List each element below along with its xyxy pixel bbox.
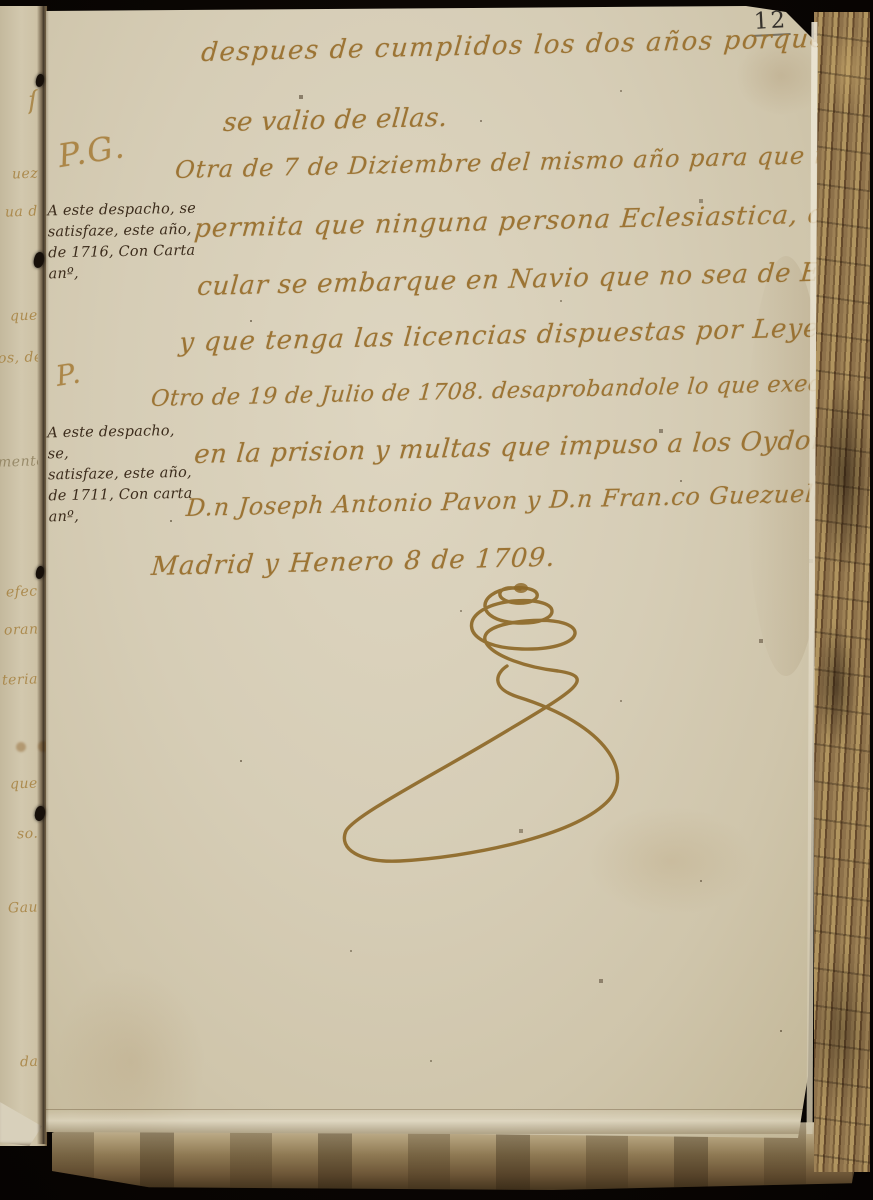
margin-note-line: satisfaze, este año, xyxy=(48,220,200,244)
edge-fragment: os, de xyxy=(0,349,38,366)
margin-note-line: anº, xyxy=(49,505,201,529)
manuscript-line: cular se embarque en Navio que no sea de… xyxy=(196,256,873,302)
margin-note-line: A este despacho, se, xyxy=(47,421,200,466)
manuscript-line: Otra de 7 de Diziembre del mismo año par… xyxy=(174,141,847,184)
manuscript-line: Otro de 19 de Julio de 1708. desaproband… xyxy=(150,370,860,412)
margin-note-line: de 1711, Con carta xyxy=(48,484,200,508)
manuscript-page: 12 despues de cumplidos los dos años por… xyxy=(46,6,818,1138)
edge-fragment: teria xyxy=(2,671,38,688)
rubric-flourish-icon xyxy=(316,578,666,888)
manuscript-line: permita que ninguna persona Eclesiastica… xyxy=(193,199,865,244)
manuscript-line: en la prision y multas que impuso a los … xyxy=(193,425,855,470)
manuscript-line: despues de cumplidos los dos años porque… xyxy=(200,22,873,68)
edge-fragment: uez xyxy=(12,166,39,183)
edge-fragment: efec xyxy=(6,583,38,600)
previous-page-corner xyxy=(0,1102,42,1146)
edge-fragment: que xyxy=(10,776,38,793)
margin-note-line: satisfaze, este año, xyxy=(48,463,200,487)
margin-note-line: A este despacho, se xyxy=(47,199,199,223)
margin-note: A este despacho, se, satisfaze, este año… xyxy=(47,421,201,529)
margin-mark: P.G. xyxy=(55,127,128,175)
edge-fragment: oran xyxy=(3,621,38,638)
edge-fragment: da xyxy=(19,1054,38,1071)
edge-fragment: que xyxy=(10,308,38,325)
page-bottom-fold xyxy=(46,1109,818,1134)
manuscript-line: se valio de ellas. xyxy=(222,103,449,138)
margin-note-line: de 1716, Con Carta xyxy=(48,241,200,265)
edge-fragment: ua d xyxy=(5,203,38,220)
fore-edge-stack xyxy=(814,12,870,1172)
edge-fragment: mente xyxy=(0,453,38,470)
edge-fragment: Gau xyxy=(8,899,39,916)
margin-mark: P. xyxy=(54,356,85,393)
scan-background: ſ uez ua d que os, de mente efec oran te… xyxy=(0,0,873,1200)
ink-dot xyxy=(16,742,26,752)
margin-note: A este despacho, se satisfaze, este año,… xyxy=(47,199,200,286)
margin-note-line: anº, xyxy=(48,262,200,286)
edge-fragment: so. xyxy=(16,826,38,843)
manuscript-line: D.n Joseph Antonio Pavon y D.n Fran.co G… xyxy=(185,479,838,522)
manuscript-line: y que tenga las licencias dispuestas por… xyxy=(178,313,844,358)
manuscript-line: Madrid y Henero 8 de 1709. xyxy=(150,543,557,582)
